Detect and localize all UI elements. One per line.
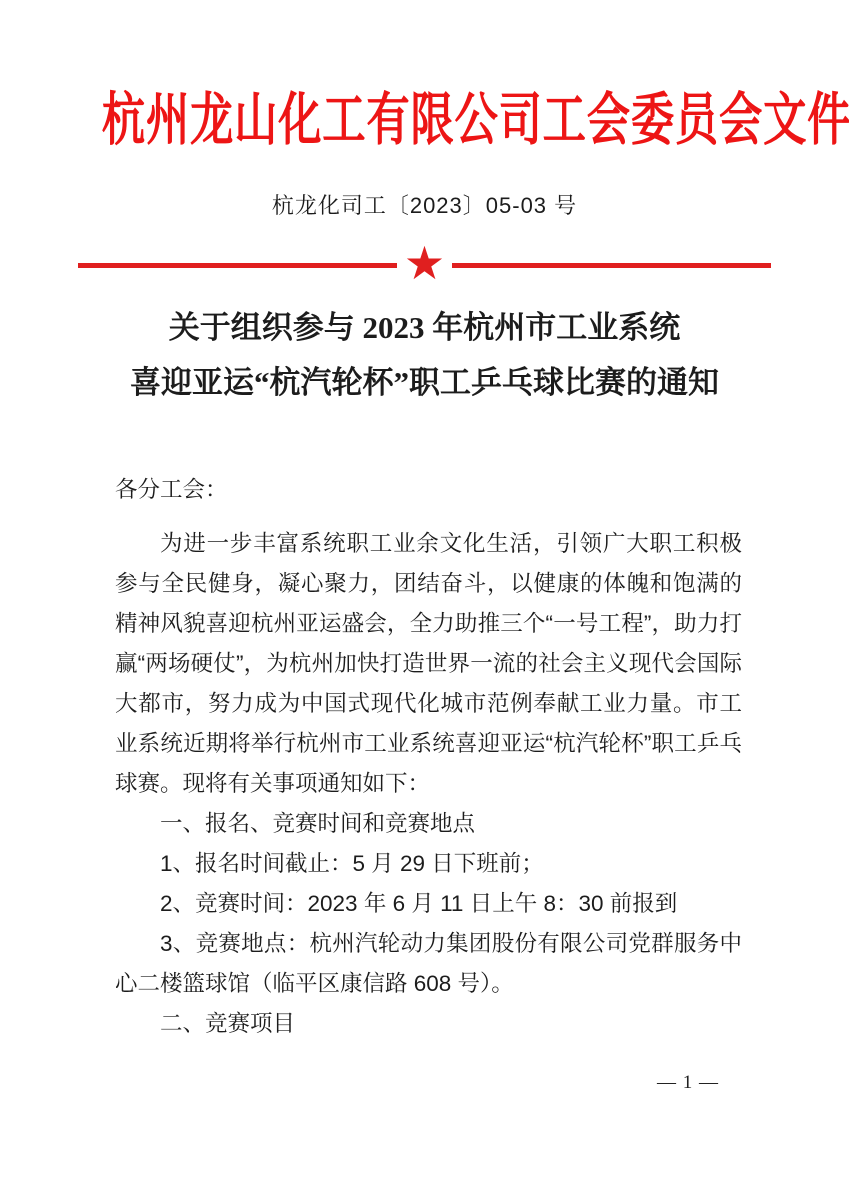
page-number: — 1 — — [657, 1070, 719, 1096]
divider-line-right — [452, 263, 771, 268]
notice-title: 关于组织参与 2023 年杭州市工业系统 喜迎亚运“杭汽轮杯”职工乒乓球比赛的通… — [0, 300, 849, 410]
body-paragraph: 为进一步丰富系统职工业余文化生活，引领广大职工积极参与全民健身，凝心聚力，团结奋… — [115, 524, 742, 804]
notice-title-line2: 喜迎亚运“杭汽轮杯”职工乒乓球比赛的通知 — [0, 355, 849, 410]
list-item-3: 3、竞赛地点：杭州汽轮动力集团股份有限公司党群服务中心二楼篮球馆（临平区康信路 … — [115, 924, 742, 1004]
divider-line-left — [78, 263, 397, 268]
doc-number: 杭龙化司工〔2023〕05-03 号 — [0, 191, 849, 221]
list-item-2: 2、竞赛时间：2023 年 6 月 11 日上午 8：30 前报到 — [115, 884, 742, 924]
notice-title-line1: 关于组织参与 2023 年杭州市工业系统 — [0, 300, 849, 355]
section-heading-1: 一、报名、竞赛时间和竞赛地点 — [115, 804, 742, 844]
red-divider: ★ — [78, 241, 771, 289]
section-heading-2: 二、竞赛项目 — [115, 1004, 742, 1044]
star-icon: ★ — [404, 239, 445, 287]
salutation: 各分工会： — [115, 470, 742, 510]
header-title: 杭州龙山化工有限公司工会委员会文件 — [102, 85, 747, 155]
list-item-1: 1、报名时间截止：5 月 29 日下班前； — [115, 844, 742, 884]
document-page: 杭州龙山化工有限公司工会委员会文件 杭龙化司工〔2023〕05-03 号 ★ 关… — [0, 0, 849, 1200]
notice-body: 各分工会： 为进一步丰富系统职工业余文化生活，引领广大职工积极参与全民健身，凝心… — [115, 470, 742, 1044]
